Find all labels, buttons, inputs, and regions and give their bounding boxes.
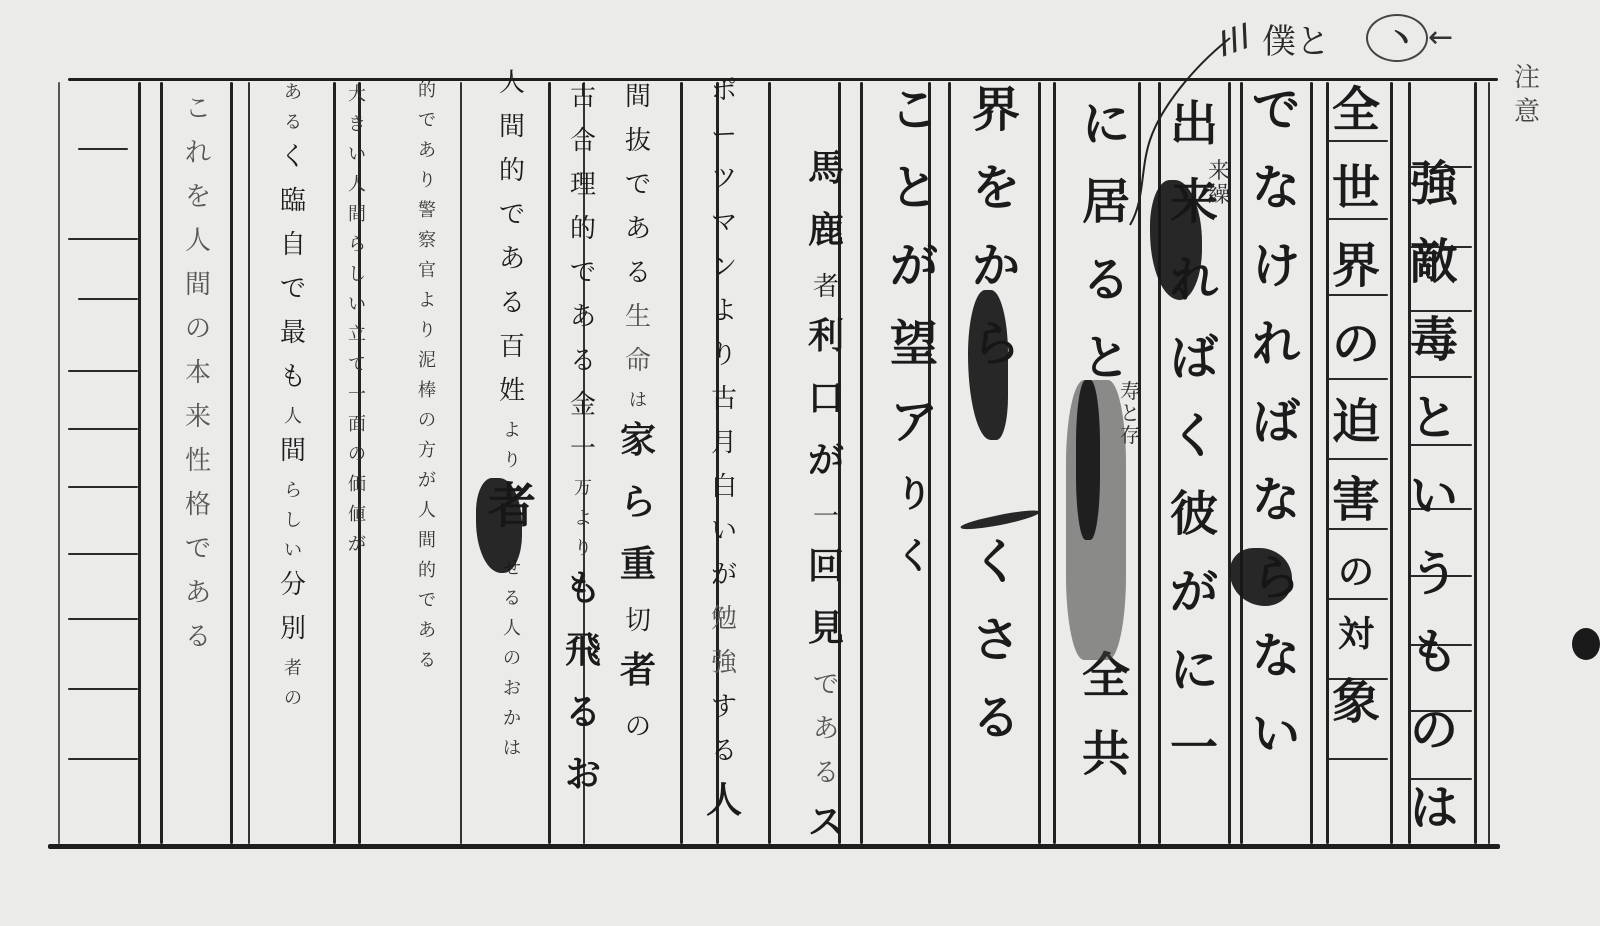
- char: あ: [813, 716, 839, 760]
- char: で: [570, 260, 596, 304]
- char: あ: [499, 246, 525, 290]
- char: 勉: [711, 606, 737, 650]
- char: 全: [1332, 86, 1380, 164]
- char: す: [711, 694, 737, 738]
- char: 彼: [1170, 490, 1218, 568]
- grid-vline: [1390, 82, 1393, 844]
- char: 古: [570, 84, 596, 128]
- char: 最: [280, 320, 306, 364]
- char: 臨: [280, 188, 306, 232]
- grid-vline: [248, 82, 250, 844]
- char: で: [1252, 86, 1300, 164]
- char: ら: [348, 236, 366, 266]
- char: る: [625, 260, 651, 304]
- char: 白: [711, 474, 737, 518]
- char: 警: [418, 202, 436, 232]
- char: れ: [185, 140, 211, 184]
- grid-vline: [860, 82, 863, 844]
- char: ポ: [711, 78, 737, 122]
- char: 全: [1082, 652, 1130, 730]
- char: 値: [348, 506, 366, 536]
- char: 人: [348, 176, 366, 206]
- char: な: [1252, 164, 1300, 242]
- char: 来: [185, 404, 211, 448]
- char: 強: [1410, 160, 1458, 238]
- char: い: [1252, 710, 1300, 788]
- grid-vline: [680, 82, 683, 844]
- grid-hline: [68, 618, 138, 620]
- char: 人: [185, 228, 211, 272]
- char: 姓: [499, 378, 525, 422]
- char: で: [185, 536, 211, 580]
- char: が: [808, 442, 844, 504]
- char: 万: [574, 480, 592, 510]
- grid-hline: [68, 688, 138, 690]
- char: 棒: [418, 382, 436, 412]
- char: け: [1252, 242, 1300, 320]
- text-column-14: 大 き い 人 間 ら し い 立 て 一 面 の 価 値 が: [348, 86, 366, 566]
- text-column-1: 強 敵 毒 と い う も の は: [1410, 160, 1458, 862]
- char: ン: [711, 254, 737, 298]
- grid-vline: [460, 82, 462, 844]
- char: に: [1170, 646, 1218, 724]
- text-column-8: 馬 鹿 者 利 口 が 一 回 見 で あ る ス: [808, 150, 844, 866]
- char: 抜: [625, 128, 651, 172]
- char: な: [1252, 476, 1300, 554]
- frame-bottom-line: [48, 844, 1500, 849]
- char: 敵: [1410, 238, 1458, 316]
- char: 重: [620, 546, 656, 608]
- char: い: [348, 296, 366, 326]
- char: る: [503, 590, 521, 620]
- char: 鹿: [808, 212, 844, 274]
- char: で: [280, 276, 306, 320]
- char: に: [1082, 100, 1130, 178]
- char: 界: [972, 86, 1020, 164]
- char: 人: [503, 620, 521, 650]
- char: 者: [813, 274, 839, 318]
- char: 生: [625, 304, 651, 348]
- char: マ: [711, 210, 737, 254]
- char: の: [1338, 554, 1374, 616]
- ink-blot: [1076, 380, 1100, 540]
- char: り: [711, 342, 737, 386]
- interlinear-note: 寿と存: [1120, 380, 1142, 446]
- interlinear-note: 来繰: [1208, 160, 1232, 208]
- char: ば: [1252, 398, 1300, 476]
- char: い: [284, 542, 302, 572]
- char: り: [896, 476, 932, 538]
- char: は: [503, 740, 521, 770]
- char: ア: [890, 398, 938, 476]
- char: 間: [348, 206, 366, 236]
- circled-mark-glyph: 丶: [1385, 14, 1417, 60]
- char: 間: [625, 84, 651, 128]
- grid-hline: [68, 370, 138, 372]
- char: の: [284, 690, 302, 720]
- char: 飛: [565, 632, 601, 694]
- grid-hline: [68, 486, 138, 488]
- char: 泥: [418, 352, 436, 382]
- char: と: [1410, 394, 1458, 472]
- char: ー: [711, 122, 737, 166]
- char: よ: [574, 510, 592, 540]
- char: る: [418, 652, 436, 682]
- char: 官: [418, 262, 436, 292]
- char: く: [280, 144, 306, 188]
- char: よ: [711, 298, 737, 342]
- grid-hline: [68, 758, 138, 760]
- grid-vline: [1138, 82, 1141, 844]
- char: い: [711, 518, 737, 562]
- char: 迫: [1332, 398, 1380, 476]
- char: 利: [808, 318, 844, 380]
- char: 間: [280, 438, 306, 482]
- char: の: [1332, 320, 1380, 398]
- char: 人: [499, 70, 525, 114]
- grid-vline: [1326, 82, 1329, 844]
- grid-vline: [1488, 82, 1490, 844]
- char: ス: [808, 804, 844, 866]
- char: よ: [503, 422, 521, 452]
- char: お: [565, 756, 601, 818]
- char: し: [284, 512, 302, 542]
- char: あ: [185, 580, 211, 624]
- char: 象: [1332, 678, 1380, 756]
- char: は: [1410, 784, 1458, 862]
- char: 格: [185, 492, 211, 536]
- arrow-left-icon: ←: [1428, 20, 1453, 55]
- char: 者: [284, 660, 302, 690]
- char: 的: [418, 562, 436, 592]
- text-column-15: あ る く 臨 自 で 最 も 人 間 ら し い 分 別 者 の: [280, 84, 306, 720]
- char: あ: [625, 216, 651, 260]
- char: う: [1410, 550, 1458, 628]
- grid-hline: [68, 238, 138, 240]
- char: 毒: [1410, 316, 1458, 394]
- char: ツ: [711, 166, 737, 210]
- char: 一: [1170, 724, 1218, 802]
- char: く: [972, 538, 1020, 616]
- char: が: [890, 242, 938, 320]
- char: な: [1252, 632, 1300, 710]
- text-column-11: 古 合 理 的 で あ る 金 一 万 よ り も 飛 る お: [565, 84, 601, 818]
- char: あ: [418, 142, 436, 172]
- char: く: [896, 538, 932, 600]
- char: と: [890, 164, 938, 242]
- char: 合: [570, 128, 596, 172]
- char: 一: [348, 386, 366, 416]
- char: き: [348, 116, 366, 146]
- char: も: [280, 364, 306, 408]
- char: る: [284, 114, 302, 144]
- char: 口: [808, 380, 844, 442]
- char: れ: [1252, 320, 1300, 398]
- grid-vline: [160, 82, 163, 844]
- char: 立: [348, 326, 366, 356]
- grid-vline: [333, 82, 336, 844]
- char: も: [1410, 628, 1458, 706]
- frame-top-line: [68, 78, 1498, 81]
- char: る: [185, 624, 211, 668]
- manuscript-page: 僕と /// 丶 ← 注意: [0, 0, 1600, 926]
- char: 間: [185, 272, 211, 316]
- char: の: [185, 316, 211, 360]
- grid-vline: [138, 82, 141, 844]
- char: 大: [348, 86, 366, 116]
- char: 人: [284, 408, 302, 438]
- char: 回: [808, 548, 844, 610]
- char: で: [418, 592, 436, 622]
- char: り: [418, 322, 436, 352]
- char: 間: [499, 114, 525, 158]
- char: ら: [284, 482, 302, 512]
- ink-dot: [1572, 628, 1600, 660]
- char: あ: [284, 84, 302, 114]
- char: 家: [620, 422, 656, 484]
- char: 自: [280, 232, 306, 276]
- char: で: [625, 172, 651, 216]
- char: あ: [570, 304, 596, 348]
- grid-vline: [230, 82, 233, 844]
- grid-hline: [78, 148, 128, 150]
- char: こ: [890, 86, 938, 164]
- grid-vline: [948, 82, 951, 844]
- char: お: [503, 680, 521, 710]
- char: 者: [620, 652, 656, 714]
- grid-vline: [1240, 82, 1243, 844]
- char: 百: [499, 334, 525, 378]
- char: 人: [706, 782, 742, 844]
- char: る: [1082, 256, 1130, 334]
- char: さ: [972, 616, 1020, 694]
- text-column-13: 的 で あ り 警 察 官 よ り 泥 棒 の 方 が 人 間 的 で あ る: [418, 82, 436, 682]
- char: の: [418, 412, 436, 442]
- char: ら: [620, 484, 656, 546]
- char: 古: [711, 386, 737, 430]
- grid-vline: [768, 82, 771, 844]
- char: い: [348, 146, 366, 176]
- char: は: [629, 392, 647, 422]
- grid-vline: [1053, 82, 1056, 844]
- char: で: [499, 202, 525, 246]
- char: る: [570, 348, 596, 392]
- char: い: [1410, 472, 1458, 550]
- grid-vline: [58, 82, 60, 844]
- char: 世: [1332, 164, 1380, 242]
- char: 方: [418, 442, 436, 472]
- char: の: [625, 714, 651, 758]
- char: 馬: [808, 150, 844, 212]
- char: り: [418, 172, 436, 202]
- char: 的: [499, 158, 525, 202]
- text-column-3: で な け れ ば な ら な い: [1252, 86, 1300, 788]
- grid-vline: [1310, 82, 1313, 844]
- char: の: [348, 446, 366, 476]
- grid-hline: [68, 553, 138, 555]
- char: が: [1170, 568, 1218, 646]
- char: か: [503, 710, 521, 740]
- grid-hline: [68, 428, 138, 430]
- char: し: [348, 266, 366, 296]
- char: よ: [418, 292, 436, 322]
- grid-hline: [1328, 758, 1388, 760]
- char: 別: [280, 616, 306, 660]
- char: が: [348, 536, 366, 566]
- char: 界: [1332, 242, 1380, 320]
- char: る: [565, 694, 601, 756]
- char: 間: [418, 532, 436, 562]
- char: 居: [1082, 178, 1130, 256]
- char: 見: [808, 610, 844, 672]
- char: 価: [348, 476, 366, 506]
- char: 面: [348, 416, 366, 446]
- margin-note: 注意: [1514, 62, 1544, 130]
- char: 強: [711, 650, 737, 694]
- char: く: [1170, 412, 1218, 490]
- char: 切: [625, 608, 651, 652]
- char: 一: [813, 504, 839, 548]
- grid-vline: [1474, 82, 1477, 844]
- text-column-16: こ れ を 人 間 の 本 来 性 格 で あ る: [185, 96, 211, 668]
- char: 望: [890, 320, 938, 398]
- char: 月: [711, 430, 737, 474]
- char: 命: [625, 348, 651, 392]
- text-column-12: 人 間 的 で あ る 百 姓 よ り 者 せ る 人 の お か は: [488, 70, 536, 770]
- char: で: [813, 672, 839, 716]
- char: 一: [570, 436, 596, 480]
- char: 本: [185, 360, 211, 404]
- char: る: [972, 694, 1020, 772]
- char: 人: [418, 502, 436, 532]
- char: 共: [1082, 730, 1130, 808]
- text-column-10: 間 抜 で あ る 生 命 は 家 ら 重 切 者 の: [620, 84, 656, 758]
- char: を: [185, 184, 211, 228]
- char: 的: [418, 82, 436, 112]
- char: る: [499, 290, 525, 334]
- char: 察: [418, 232, 436, 262]
- char: 分: [280, 572, 306, 616]
- text-column-2: 全 世 界 の 迫 害 の 対 象: [1332, 86, 1380, 756]
- char: る: [711, 738, 737, 782]
- grid-vline: [548, 82, 551, 844]
- char: こ: [185, 96, 211, 140]
- char: の: [503, 650, 521, 680]
- char: て: [348, 356, 366, 386]
- char: あ: [418, 622, 436, 652]
- char: 的: [570, 216, 596, 260]
- char: 性: [185, 448, 211, 492]
- char: を: [972, 164, 1020, 242]
- char: も: [565, 570, 601, 632]
- char: 対: [1338, 616, 1374, 678]
- text-column-9: ポ ー ツ マ ン よ り 古 月 白 い が 勉 強 す る 人: [706, 78, 742, 844]
- char: が: [418, 472, 436, 502]
- grid-hline: [78, 298, 138, 300]
- char: の: [1410, 706, 1458, 784]
- char: る: [813, 760, 839, 804]
- grid-vline: [1038, 82, 1041, 844]
- char: が: [711, 562, 737, 606]
- text-column-7: こ と が 望 ア り く: [890, 86, 938, 600]
- char: り: [574, 540, 592, 570]
- char: ば: [1170, 334, 1218, 412]
- header-annotation-text: 僕と: [1262, 14, 1330, 63]
- char: 害: [1332, 476, 1380, 554]
- char: 理: [570, 172, 596, 216]
- char: で: [418, 112, 436, 142]
- char: 金: [570, 392, 596, 436]
